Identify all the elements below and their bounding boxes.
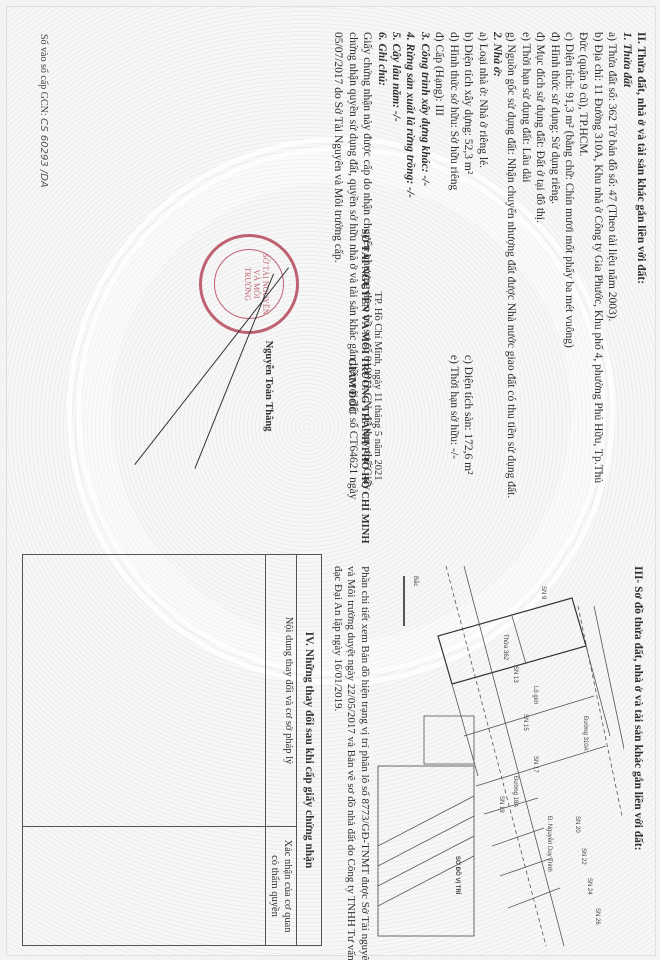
land-area: c) Diện tích: 91,3 m² (bằng chữ: Chín mư… <box>562 32 576 552</box>
plan-note-line-2: và Môi trường duyệt ngày 22/05/2017 và B… <box>344 566 358 946</box>
section-4-title: IV. Những thay đổi sau khi cấp giấy chứn… <box>296 555 321 945</box>
plan-note-line-1: Phần chi tiết xem Bản đồ hiện trạng vị t… <box>358 566 372 946</box>
map-lot-15: SN 15 <box>522 714 528 731</box>
section-3-title: III- Sơ đồ thửa đất, nhà ở và tài sản kh… <box>632 566 644 851</box>
confirmation-cell <box>23 827 265 945</box>
perennial-trees: 5. Cây lâu năm: -/- <box>389 32 403 552</box>
production-forest: 4. Rừng sản xuất là rừng trồng: -/- <box>403 32 417 552</box>
land-heading: 1. Thửa đất <box>619 32 633 552</box>
use-form: đ) Hình thức sử dụng: Sử dụng riêng. <box>547 32 561 552</box>
ownership-form: d) Hình thức sở hữu: Sở hữu riêng <box>446 32 460 352</box>
parcel-map: Thửa 362 Đường 310A Đường 18A Lộ giới Đ.… <box>374 566 624 946</box>
built-area: b) Diện tích xây dựng: 52,3 m² <box>461 32 475 352</box>
parcel-line: a) Thửa đất số: 362 Tờ bản đồ số: 47 (Th… <box>605 32 619 552</box>
address-line-2: Đức (quận 9 cũ), TP.HCM. <box>576 32 590 552</box>
map-parcel-label: Thửa 362 <box>502 634 509 661</box>
changes-table: IV. Những thay đổi sau khi cấp giấy chứn… <box>22 554 322 946</box>
issuing-agency: SỞ TÀI NGUYÊN VÀ MÔI TRƯỜNG THÀNH PHỐ HỒ… <box>358 206 371 566</box>
plan-note-line-3: đạc Đại An lập ngày 16/01/2019. <box>331 566 345 946</box>
map-lot-20: SN 20 <box>574 816 580 833</box>
land-purpose: đ) Mục đích sử dụng đất: Đất ở tại đô th… <box>533 32 547 552</box>
land-term: e) Thời hạn sử dụng đất: Lâu dài <box>518 32 532 552</box>
site-plan-label: SƠ ĐỒ VỊ TRÍ <box>454 856 462 895</box>
map-street: Đ. Nguyễn Duy Trinh <box>546 816 553 872</box>
registry-value: CS 60293 /DA <box>38 118 49 188</box>
signer-role: GIÁM ĐỐC <box>345 206 358 566</box>
map-road-label: Đường 310A <box>582 716 588 751</box>
land-origin: g) Nguồn gốc sử dụng đất: Nhận chuyển nh… <box>504 32 518 552</box>
address-line-1: b) Địa chỉ: 11 Đường 310A, Khu nhà ở Côn… <box>590 32 604 552</box>
changes-table-header: Nội dung thay đổi và cơ sở pháp lý Xác n… <box>265 555 296 945</box>
col-authority-confirmation: Xác nhận của cơ quan có thẩm quyền <box>266 827 296 945</box>
map-road-a: Lộ giới <box>532 686 538 704</box>
section-2-title: II. Thửa đất, nhà ở và tài sản khác gắn … <box>634 32 648 552</box>
house-area-row: b) Diện tích xây dựng: 52,3 m² c) Diện t… <box>461 32 475 552</box>
map-lot-13: SN 13 <box>512 666 518 683</box>
change-content-cell <box>23 555 265 827</box>
registry-label: Số vào sổ cấp GCN: <box>38 34 49 116</box>
col2-line-2: có thẩm quyền <box>268 827 281 945</box>
col-change-content: Nội dung thay đổi và cơ sở pháp lý <box>266 555 296 827</box>
changes-table-body <box>23 555 265 945</box>
other-works: 3. Công trình xây dựng khác: -/- <box>418 32 432 552</box>
ownership-term: e) Thời hạn sở hữu: -/- <box>448 355 460 459</box>
house-grade: đ) Cấp (Hạng): III <box>432 32 446 552</box>
rotated-certificate-content: II. Thửa đất, nhà ở và tài sản khác gắn … <box>6 6 654 954</box>
issue-date: TP. Hồ Chí Minh, ngày 11 tháng 5 năm 202… <box>371 206 384 566</box>
col2-line-1: Xác nhận của cơ quan <box>281 827 294 945</box>
map-lot-19: SN 19 <box>498 796 504 813</box>
house-type: a) Loại nhà ở: Nhà ở riêng lẻ. <box>475 32 489 552</box>
map-lot-9: SN 9 <box>540 586 546 600</box>
section-3: III- Sơ đồ thửa đất, nhà ở và tài sản kh… <box>630 566 648 946</box>
ownership-row: d) Hình thức sở hữu: Sở hữu riêng e) Thờ… <box>446 32 460 552</box>
north-label: Bắc <box>412 576 419 586</box>
map-road-b: Đường 18A <box>512 776 518 807</box>
registry-number: Số vào sổ cấp GCN: CS 60293 /DA <box>38 34 49 188</box>
map-lot-17: SN 17 <box>532 756 538 773</box>
map-lot-24: SN 24 <box>586 878 592 895</box>
plan-note: Phần chi tiết xem Bản đồ hiện trạng vị t… <box>331 566 372 946</box>
map-lot-22: SN 22 <box>580 848 586 865</box>
map-lot-26: SN 26 <box>594 908 600 925</box>
floor-area: c) Diện tích sàn: 172,6 m² <box>462 355 474 475</box>
house-heading: 2. Nhà ở: <box>490 32 504 552</box>
